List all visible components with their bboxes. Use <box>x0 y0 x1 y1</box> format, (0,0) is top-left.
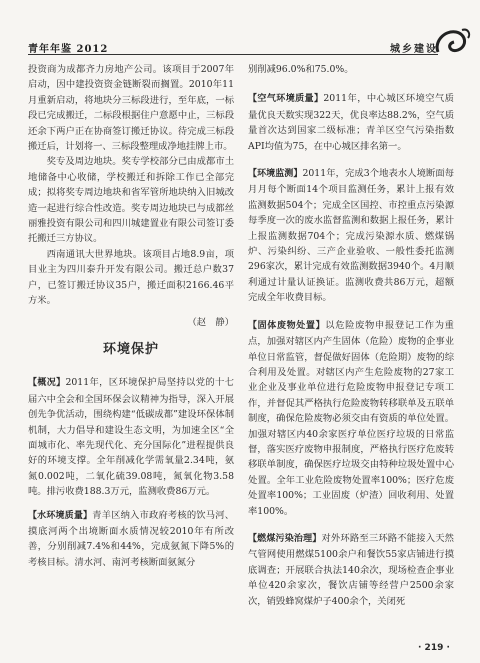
section-tag: 【固体废物处置】 <box>248 321 325 331</box>
header-rule <box>28 54 438 55</box>
section-tag: 【燃煤污染治理】 <box>248 534 321 544</box>
paragraph: 别削减96.0%和75.0%。 <box>248 62 454 77</box>
chapter-title: 城乡建设 <box>390 40 438 55</box>
section-tag: 【空气环境质量】 <box>248 94 323 104</box>
section-paragraph: 【水环境质量】青羊区纳入市政府考核的饮马河、摸底河两个出境断面水质情况较2010… <box>28 508 234 571</box>
author-credit: （赵 静） <box>28 315 234 330</box>
paragraph: 西南通讯大世界地块。该项目占地8.9亩，项目业主为四川泰升开发有限公司。搬迁总户… <box>28 247 234 309</box>
yearbook-title: 青年年鉴 2012 <box>28 40 108 55</box>
section-text: 2011年，完成3个地表水人境断面每月月每个断面14个项目监测任务，累计上报有效… <box>248 168 454 303</box>
section-tag: 【概况】 <box>28 378 65 388</box>
section-paragraph: 【燃煤污染治理】对外环路至三环路不能接入天然气管网使用燃煤5100余户和餐饮55… <box>248 531 454 609</box>
section-text: 对外环路至三环路不能接入天然气管网使用燃煤5100余户和餐饮55家店铺进行摸底调… <box>248 533 454 607</box>
page-header: 青年年鉴 2012 城乡建设 <box>0 0 480 60</box>
page-number: · 219 · <box>418 643 450 653</box>
left-column: 投资商为成都齐力房地产公司。该项目于2007年启动，因中建投资资金链断裂而搁置。… <box>28 62 234 570</box>
section-tag: 【水环境质量】 <box>28 511 92 521</box>
swirl-logo-icon <box>432 24 472 60</box>
paragraph: 投资商为成都齐力房地产公司。该项目于2007年启动，因中建投资资金链断裂而搁置。… <box>28 62 234 154</box>
section-paragraph: 【空气环境质量】2011年，中心城区环境空气质量优良天数实现322天，优良率达8… <box>248 91 454 154</box>
section-paragraph: 【固体废物处置】以危险废物申报登记工作为重点，加强对辖区内产生固体（危险）废物的… <box>248 318 454 519</box>
right-column: 别削减96.0%和75.0%。 【空气环境质量】2011年，中心城区环境空气质量… <box>248 62 454 609</box>
section-paragraph: 【概况】2011年，区环境保护局坚持以党的十七届六中全会和全国环保会议精神为指导… <box>28 375 234 499</box>
section-text: 以危险废物申报登记工作为重点，加强对辖区内产生固体（危险）废物的企事业单位日常监… <box>248 320 454 517</box>
section-tag: 【环境监测】 <box>248 169 302 179</box>
section-text: 2011年，区环境保护局坚持以党的十七届六中全会和全国环保会议精神为指导，深入开… <box>28 377 234 497</box>
paragraph: 奖专及周边地块。奖专学校部分已由成都市土地储备中心收储，学校搬迁和拆除工作已全部… <box>28 154 234 246</box>
section-paragraph: 【环境监测】2011年，完成3个地表水人境断面每月月每个断面14个项目监测任务，… <box>248 166 454 306</box>
section-heading: 环境保护 <box>28 342 234 357</box>
